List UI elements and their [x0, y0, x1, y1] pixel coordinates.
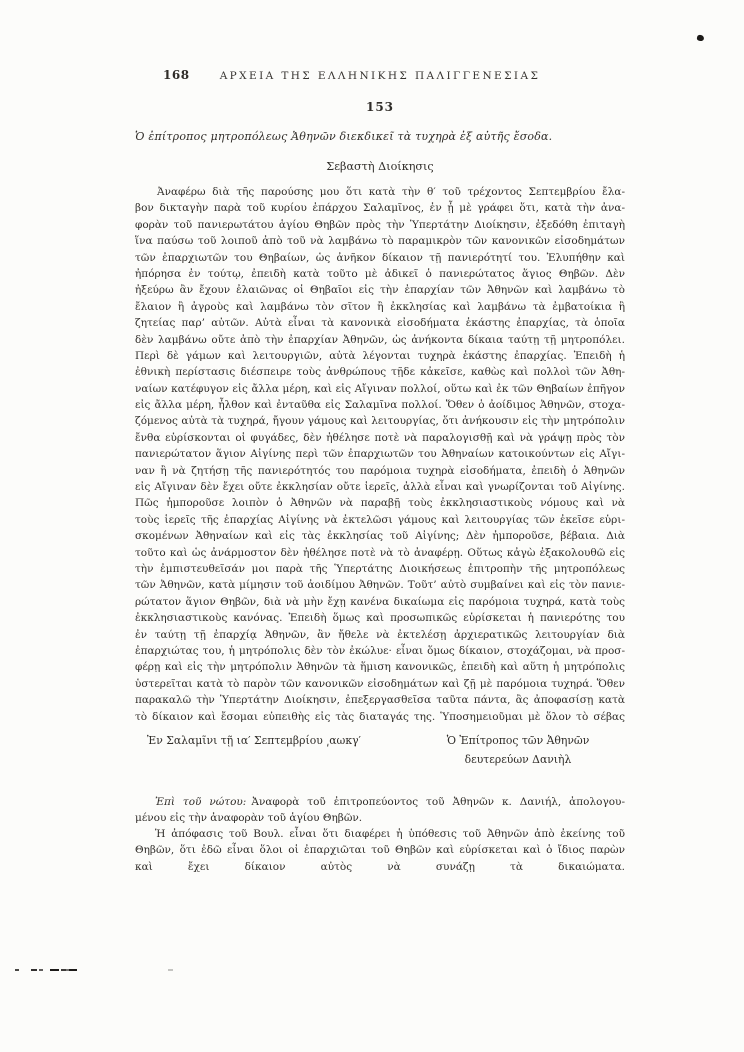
body-line: Ἀναφέρω διὰ τῆς παρούσης μου ὅτι κατὰ τὴ… — [135, 184, 625, 200]
scan-artifact-ink-spot — [696, 34, 704, 41]
body-line: ἔνθα εὑρίσκονται οἱ φυγάδες, δὲν ἠθέλησε… — [135, 430, 625, 446]
signature-block: Ὁ Ἐπίτροπος τῶν Ἀθηνῶν δευτερεύων Δανιὴλ — [443, 734, 593, 766]
body-line: πανιερώτατον ἅγιον Αἰγίνης περὶ τῶν ἐπαρ… — [135, 446, 625, 462]
body-paragraph: Ἀναφέρω διὰ τῆς παρούσης μου ὅτι κατὰ τὴ… — [135, 184, 625, 725]
body-line: τοὺς ἱερεῖς τῆς ἐπαρχίας Αἰγίνης νὰ ἐκτε… — [135, 512, 625, 528]
verso-note: Ἐπὶ τοῦ νώτου:Ἀναφορὰ τοῦ ἐπιτροπεύοντος… — [135, 794, 625, 827]
body-line: Πῶς ἠμποροῦσε λοιπὸν ὁ Ἀθηνῶν νὰ παραβῇ … — [135, 495, 625, 511]
body-line: φέρῃ καὶ εἰς τὴν μητρόπολιν Ἀθηνῶν τὰ ἥμ… — [135, 659, 625, 675]
body-line: τῶν ἐπαρχιωτῶν του Θηβαίων, ὡς ἀνῆκον δί… — [135, 250, 625, 266]
body-line: σκομένων Ἀθηναίων καὶ εἰς τὰς ἐκκλησίας … — [135, 528, 625, 544]
verso-line: Ἐπὶ τοῦ νώτου:Ἀναφορὰ τοῦ ἐπιτροπεύοντος… — [135, 794, 625, 810]
verso-line: μένου εἰς τὴν ἀναφορὰν τοῦ ἁγίου Θηβῶν. — [135, 810, 625, 826]
scan-artifact-dash — [69, 969, 77, 971]
signatory-title: Ὁ Ἐπίτροπος τῶν Ἀθηνῶν — [443, 734, 593, 747]
salutation: Σεβαστὴ Διοίκησις — [135, 160, 625, 173]
decision-paragraph: Ἡ ἀπόφασις τοῦ Βουλ. εἶναι ὅτι διαφέρει … — [135, 826, 625, 875]
scan-artifact-dash — [168, 969, 173, 971]
page-header: 168 ΑΡΧΕΙΑ ΤΗΣ ΕΛΛΗΝΙΚΗΣ ΠΑΛΙΓΓΕΝΕΣΙΑΣ — [135, 68, 625, 86]
verso-first-line: Ἀναφορὰ τοῦ ἐπιτροπεύοντος τοῦ Ἀθηνῶν κ.… — [251, 796, 625, 808]
decision-line: καὶ ἔχει δίκαιον αὐτὸς νὰ συνάζῃ τὰ δικα… — [135, 859, 625, 875]
scan-artifact-dash — [50, 969, 59, 971]
document-summary-title: Ὁ ἐπίτροπος μητροπόλεως Ἀθηνῶν διεκδικεῖ… — [135, 130, 625, 143]
scan-artifact-dash — [15, 969, 19, 971]
body-line: ἐθνικὴ περίστασις διέσπειρε τοὺς ἀνθρώπο… — [135, 364, 625, 380]
body-line: ἐκκλησιαστικοὺς κανόνας. Ἐπειδὴ ὅμως καὶ… — [135, 610, 625, 626]
scanned-book-page: 168 ΑΡΧΕΙΑ ΤΗΣ ΕΛΛΗΝΙΚΗΣ ΠΑΛΙΓΓΕΝΕΣΙΑΣ 1… — [0, 0, 744, 1052]
body-line: ἵνα παύσω τοῦ λοιποῦ ἀπὸ τοῦ νὰ λαμβάνω … — [135, 233, 625, 249]
body-line: ἠξεύρω ἂν ἔχουν ἐλαιῶνας οἱ Θηβαῖοι εἰς … — [135, 282, 625, 298]
body-line: ζόμενος αὐτὰ τὰ τυχηρά, ἤγουν γάμους καὶ… — [135, 413, 625, 429]
body-line: ἔλαιον ἢ ἀγροὺς καὶ λαμβάνω τὸν σῖτον ἢ … — [135, 299, 625, 315]
running-title: ΑΡΧΕΙΑ ΤΗΣ ΕΛΛΗΝΙΚΗΣ ΠΑΛΙΓΓΕΝΕΣΙΑΣ — [135, 68, 625, 82]
scan-artifact-dash — [39, 969, 43, 971]
signatory-name: δευτερεύων Δανιὴλ — [443, 753, 593, 766]
verso-lead: Ἐπὶ τοῦ νώτου: — [155, 796, 246, 808]
signature-place-date: Ἐν Σαλαμῖνι τῇ ια′ Σεπτεμβρίου ͵αωκγ′ — [147, 734, 361, 747]
body-line: τῶν Ἀθηνῶν, κατὰ μίμησιν τοῦ ἀοιδίμου Ἀθ… — [135, 577, 625, 593]
body-line: ναίων κατέφυγον εἰς ἄλλα μέρη, καὶ εἰς Α… — [135, 381, 625, 397]
decision-line: Θηβῶν, ὅτι ἐδῶ εἶναι ὅλοι οἱ ἐπαρχιῶται … — [135, 842, 625, 858]
body-line: ἐν ταύτῃ τῇ ἐπαρχίᾳ Ἀθηνῶν, ἂν ἤθελε νὰ … — [135, 627, 625, 643]
body-line: εἰς Αἴγιναν δὲν ἔχει οὔτε ἐκκλησίαν οὔτε… — [135, 479, 625, 495]
body-line: ὑστερεῖται κατὰ τὸ παρὸν τῶν κανονικῶν ε… — [135, 676, 625, 692]
scan-artifact-dash — [31, 969, 37, 971]
page-number: 168 — [163, 68, 190, 82]
body-line: δὲν λαμβάνω οὔτε ἀπὸ τὴν ἐπαρχίαν Ἀθηνῶν… — [135, 332, 625, 348]
body-line: τὴν ἐμπιστευθεῖσάν μοι παρὰ τῆς Ὑπερτάτη… — [135, 561, 625, 577]
body-line: ἐπαρχιώτας του, ἡ μητρόπολις δὲν τὸν ἐκώ… — [135, 643, 625, 659]
document-number: 153 — [135, 100, 625, 114]
body-line: τὸ δίκαιον καὶ ἔσομαι εὐπειθὴς εἰς τὰς δ… — [135, 709, 625, 725]
body-line: βον δικταγὴν παρὰ τοῦ κυρίου ἐπάρχου Σαλ… — [135, 200, 625, 216]
body-line: φορὰν τοῦ πανιερωτάτου ἁγίου Θηβῶν πρὸς … — [135, 217, 625, 233]
decision-line: Ἡ ἀπόφασις τοῦ Βουλ. εἶναι ὅτι διαφέρει … — [135, 826, 625, 842]
body-line: παρακαλῶ τὴν Ὑπερτάτην Διοίκησιν, ἐπεξερ… — [135, 692, 625, 708]
body-line: ρώτατον ἅγιον Θηβῶν, διὰ νὰ μὴν ἔχῃ κανέ… — [135, 594, 625, 610]
body-line: ἠπόρησα ἐν τούτῳ, ἐπειδὴ κατὰ τοῦτο μὲ ἀ… — [135, 266, 625, 282]
body-line: Περὶ δὲ γάμων καὶ λειτουργιῶν, αὐτὰ λέγο… — [135, 348, 625, 364]
body-line: τοῦτο καὶ ὡς ἀνάρμοστον δὲν ἠθέλησε ποτὲ… — [135, 545, 625, 561]
body-line: εἰς ἄλλα μέρη, ἦλθον καὶ ἐνταῦθα εἰς Σαλ… — [135, 397, 625, 413]
body-line: ζητείας παρ’ αὐτῶν. Αὐτὰ εἶναι τὰ κανονι… — [135, 315, 625, 331]
body-line: ναν ἢ νὰ ζητήσῃ τῆς πανιερότητός του παρ… — [135, 463, 625, 479]
